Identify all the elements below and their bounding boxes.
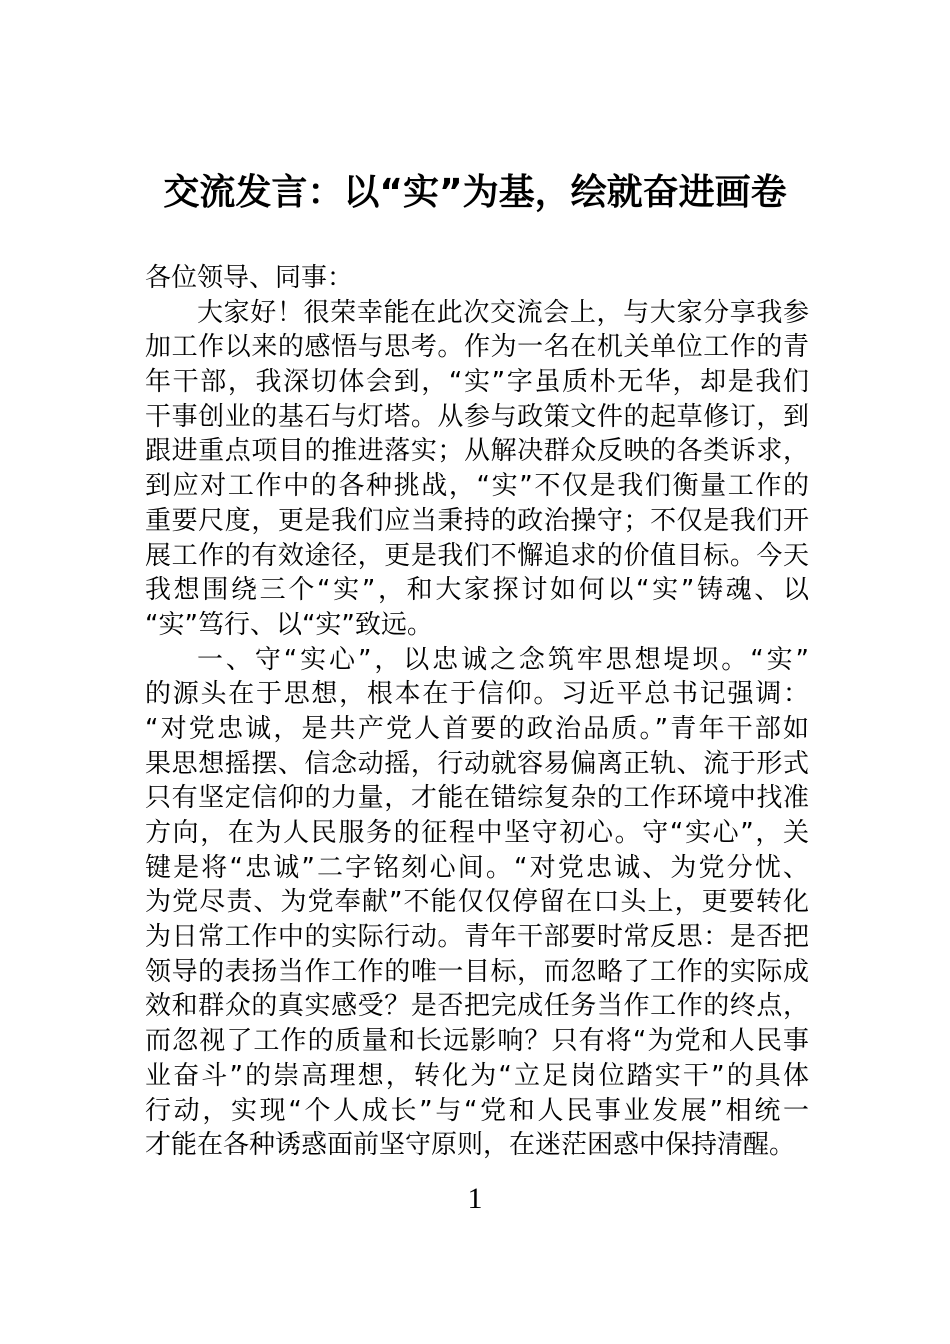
text-line: 到应对工作中的各种挑战，“实”不仅是我们衡量工作的 [145, 469, 809, 504]
text-line: 的源头在于思想，根本在于信仰。习近平总书记强调： [145, 677, 809, 712]
text-line: 方向，在为人民服务的征程中坚守初心。守“实心”，关 [145, 816, 809, 851]
text-line: 年干部，我深切体会到，“实”字虽质朴无华，却是我们 [145, 365, 809, 400]
text-line: “实”笃行、以“实”致远。 [145, 608, 809, 643]
text-line: 只有坚定信仰的力量，才能在错综复杂的工作环境中找准 [145, 781, 809, 816]
text-line: 为党尽责、为党奉献”不能仅仅停留在口头上，更要转化 [145, 885, 809, 920]
text-line: 而忽视了工作的质量和长远影响？只有将“为党和人民事 [145, 1024, 809, 1059]
text-line: 业奋斗”的崇高理想，转化为“立足岗位踏实干”的具体 [145, 1059, 809, 1094]
document-body: 各位领导、同事：大家好！很荣幸能在此次交流会上，与大家分享我参加工作以来的感悟与… [145, 261, 809, 1163]
text-line: 键是将“忠诚”二字铭刻心间。“对党忠诚、为党分忧、 [145, 851, 809, 886]
text-line: 跟进重点项目的推进落实；从解决群众反映的各类诉求， [145, 434, 809, 469]
text-line: 才能在各种诱惑面前坚守原则，在迷茫困惑中保持清醒。 [145, 1128, 809, 1163]
text-line: 大家好！很荣幸能在此次交流会上，与大家分享我参 [145, 296, 809, 331]
text-line: “对党忠诚，是共产党人首要的政治品质。”青年干部如 [145, 712, 809, 747]
text-line: 我想围绕三个“实”，和大家探讨如何以“实”铸魂、以 [145, 573, 809, 608]
text-line: 行动，实现“个人成长”与“党和人民事业发展”相统一 [145, 1094, 809, 1129]
text-line: 干事创业的基石与灯塔。从参与政策文件的起草修订，到 [145, 400, 809, 435]
text-line: 各位领导、同事： [145, 261, 809, 296]
text-line: 重要尺度，更是我们应当秉持的政治操守；不仅是我们开 [145, 504, 809, 539]
document-title: 交流发言：以“实”为基，绘就奋进画卷 [0, 171, 950, 215]
text-line: 一、守“实心”，以忠诚之念筑牢思想堤坝。“实” [145, 643, 809, 678]
page-number: 1 [0, 1182, 950, 1216]
text-line: 展工作的有效途径，更是我们不懈追求的价值目标。今天 [145, 539, 809, 574]
text-line: 效和群众的真实感受？是否把完成任务当作工作的终点， [145, 989, 809, 1024]
text-line: 果思想摇摆、信念动摇，行动就容易偏离正轨、流于形式 [145, 747, 809, 782]
document-page: 交流发言：以“实”为基，绘就奋进画卷 各位领导、同事：大家好！很荣幸能在此次交流… [0, 0, 950, 1344]
text-line: 领导的表扬当作工作的唯一目标，而忽略了工作的实际成 [145, 955, 809, 990]
text-line: 加工作以来的感悟与思考。作为一名在机关单位工作的青 [145, 330, 809, 365]
text-line: 为日常工作中的实际行动。青年干部要时常反思：是否把 [145, 920, 809, 955]
